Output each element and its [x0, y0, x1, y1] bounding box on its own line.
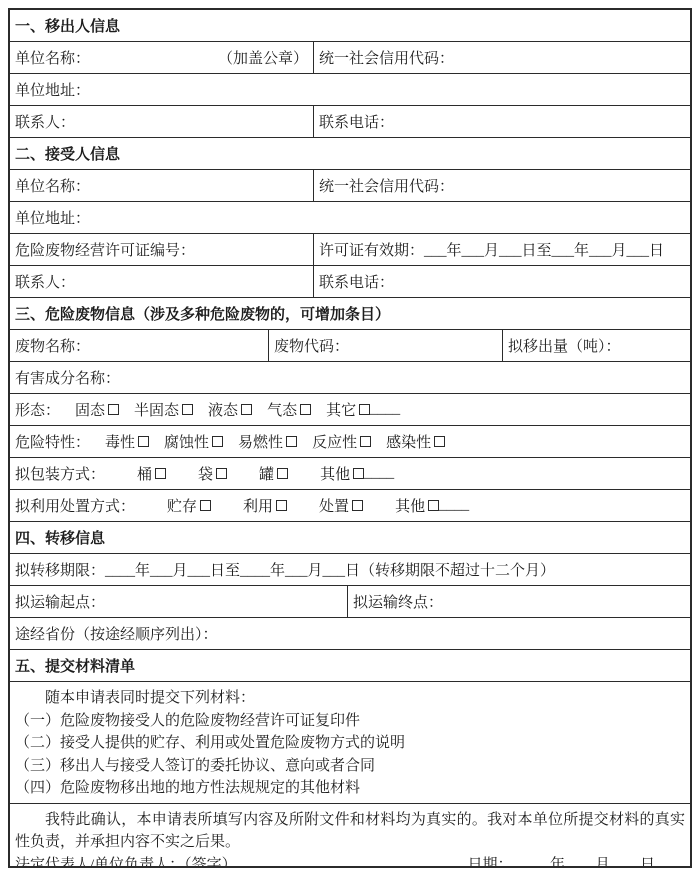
checkbox-icon[interactable]: [277, 468, 288, 479]
license-validity-cell: 许可证有效期：___年___月___日至___年___月___日: [313, 234, 690, 265]
transport-origin-label: 拟运输起点：: [15, 591, 105, 612]
transport-destination-cell: 拟运输终点：: [347, 586, 690, 617]
receiver-unit-name-row: 单位名称： 统一社会信用代码：: [10, 170, 690, 202]
transport-destination-label: 拟运输终点：: [353, 591, 443, 612]
harmful-components-cell: 有害成分名称：: [10, 362, 690, 393]
materials-item-2: （二）接受人提供的贮存、利用或处置危险废物方式的说明: [15, 732, 685, 755]
checkbox-icon[interactable]: [200, 500, 211, 511]
seal-note: （加盖公章）: [218, 47, 308, 68]
receiver-address-row: 单位地址：: [10, 202, 690, 234]
transport-route-row: 拟运输起点： 拟运输终点：: [10, 586, 690, 618]
hazardous-waste-transfer-application-form: 一、移出人信息 单位名称： （加盖公章） 统一社会信用代码： 单位地址： 联系人…: [8, 8, 692, 868]
hazard-traits-row: 危险特性： 毒性 腐蚀性 易燃性 反应性 感染性: [10, 426, 690, 458]
other-packaging-blank: ____: [364, 465, 394, 482]
checkbox-icon[interactable]: [182, 404, 193, 415]
credit-code-label: 统一社会信用代码：: [319, 175, 454, 196]
option-other-packaging: 其他: [320, 463, 364, 484]
materials-intro: 随本申请表同时提交下列材料：: [15, 687, 685, 710]
other-disposal-blank: ____: [439, 497, 469, 514]
phone-label: 联系电话：: [319, 271, 394, 292]
section2-title: 二、接受人信息: [10, 138, 690, 169]
materials-item-4: （四）危险废物移出地的地方性法规规定的其他材料: [15, 777, 685, 800]
transferor-contact-cell: 联系人：: [10, 106, 313, 137]
declaration-text: 我特此确认，本申请表所填写内容及所附文件和材料均为真实的。我对本单位所提交材料的…: [15, 809, 685, 854]
checkbox-icon[interactable]: [352, 500, 363, 511]
transferor-address-cell: 单位地址：: [10, 74, 690, 105]
checkbox-icon[interactable]: [359, 404, 370, 415]
option-corrosive: 腐蚀性: [164, 431, 223, 452]
option-barrel: 桶: [137, 463, 166, 484]
transit-provinces-cell: 途经省份（按途经顺序列出）：: [10, 618, 690, 649]
option-dispose: 处置: [319, 495, 363, 516]
transit-provinces-row: 途经省份（按途经顺序列出）：: [10, 618, 690, 650]
transport-origin-cell: 拟运输起点：: [10, 586, 347, 617]
document-page: 一、移出人信息 单位名称： （加盖公章） 统一社会信用代码： 单位地址： 联系人…: [0, 0, 700, 876]
receiver-unit-name-cell: 单位名称：: [10, 170, 313, 201]
hazard-traits-label: 危险特性：: [15, 431, 90, 452]
option-semisolid: 半固态: [134, 399, 193, 420]
section3-title: 三、危险废物信息（涉及多种危险废物的，可增加条目）: [10, 298, 690, 329]
checkbox-icon[interactable]: [138, 436, 149, 447]
license-number-label: 危险废物经营许可证编号：: [15, 239, 195, 260]
physical-form-cell: 形态： 固态 半固态 液态 气态 其它 ____: [10, 394, 690, 425]
checkbox-icon[interactable]: [353, 468, 364, 479]
option-other-form: 其它: [326, 399, 370, 420]
waste-identity-row: 废物名称： 废物代码： 拟移出量（吨）：: [10, 330, 690, 362]
materials-item-1: （一）危险废物接受人的危险废物经营许可证复印件: [15, 710, 685, 733]
transferor-address-row: 单位地址：: [10, 74, 690, 106]
option-gas: 气态: [267, 399, 311, 420]
checkbox-icon[interactable]: [216, 468, 227, 479]
packaging-cell: 拟包装方式： 桶 袋 罐 其他 ____: [10, 458, 690, 489]
disposal-method-cell: 拟利用处置方式： 贮存 利用 处置 其他 ____: [10, 490, 690, 521]
packaging-row: 拟包装方式： 桶 袋 罐 其他 ____: [10, 458, 690, 490]
section1-header-row: 一、移出人信息: [10, 10, 690, 42]
section4-header-row: 四、转移信息: [10, 522, 690, 554]
materials-list-block: 随本申请表同时提交下列材料： （一）危险废物接受人的危险废物经营许可证复印件 （…: [10, 682, 690, 804]
signer-label: 法定代表人/单位负责人：（签字）: [15, 854, 237, 869]
unit-name-label: 单位名称：: [15, 47, 90, 68]
section2-header-row: 二、接受人信息: [10, 138, 690, 170]
waste-code-label: 废物代码：: [274, 335, 349, 356]
waste-code-cell: 废物代码：: [268, 330, 502, 361]
packaging-label: 拟包装方式：: [15, 463, 105, 484]
section5-title: 五、提交材料清单: [10, 650, 690, 681]
option-infectious: 感染性: [386, 431, 445, 452]
option-toxic: 毒性: [105, 431, 149, 452]
checkbox-icon[interactable]: [300, 404, 311, 415]
option-storage: 贮存: [167, 495, 211, 516]
option-tank: 罐: [259, 463, 288, 484]
transferor-phone-cell: 联系电话：: [313, 106, 690, 137]
receiver-contact-cell: 联系人：: [10, 266, 313, 297]
transit-provinces-label: 途经省份（按途经顺序列出）：: [15, 623, 218, 644]
option-utilize: 利用: [243, 495, 287, 516]
phone-label: 联系电话：: [319, 111, 394, 132]
hazard-traits-cell: 危险特性： 毒性 腐蚀性 易燃性 反应性 感染性: [10, 426, 690, 457]
disposal-method-label: 拟利用处置方式：: [15, 495, 135, 516]
option-flammable: 易燃性: [238, 431, 297, 452]
physical-form-row: 形态： 固态 半固态 液态 气态 其它 ____: [10, 394, 690, 426]
date-label: 日期：_____年____月____日: [467, 854, 685, 869]
section1-title: 一、移出人信息: [10, 10, 690, 41]
checkbox-icon[interactable]: [212, 436, 223, 447]
option-other-disposal: 其他: [395, 495, 439, 516]
contact-label: 联系人：: [15, 271, 75, 292]
signature-line: 法定代表人/单位负责人：（签字） 日期：_____年____月____日: [15, 854, 685, 869]
license-number-cell: 危险废物经营许可证编号：: [10, 234, 313, 265]
checkbox-icon[interactable]: [108, 404, 119, 415]
physical-form-label: 形态：: [15, 399, 60, 420]
disposal-method-row: 拟利用处置方式： 贮存 利用 处置 其他 ____: [10, 490, 690, 522]
transfer-period-cell: 拟转移期限：____年___月___日至____年___月___日（转移期限不超…: [10, 554, 690, 585]
section3-header-row: 三、危险废物信息（涉及多种危险废物的，可增加条目）: [10, 298, 690, 330]
checkbox-icon[interactable]: [286, 436, 297, 447]
receiver-license-row: 危险废物经营许可证编号： 许可证有效期：___年___月___日至___年___…: [10, 234, 690, 266]
checkbox-icon[interactable]: [241, 404, 252, 415]
transfer-period-row: 拟转移期限：____年___月___日至____年___月___日（转移期限不超…: [10, 554, 690, 586]
harmful-components-row: 有害成分名称：: [10, 362, 690, 394]
receiver-address-cell: 单位地址：: [10, 202, 690, 233]
declaration-block: 我特此确认，本申请表所填写内容及所附文件和材料均为真实的。我对本单位所提交材料的…: [10, 804, 690, 869]
transferor-credit-code-cell: 统一社会信用代码：: [313, 42, 690, 73]
checkbox-icon[interactable]: [434, 436, 445, 447]
receiver-credit-code-cell: 统一社会信用代码：: [313, 170, 690, 201]
transferor-contact-row: 联系人： 联系电话：: [10, 106, 690, 138]
credit-code-label: 统一社会信用代码：: [319, 47, 454, 68]
waste-amount-label: 拟移出量（吨）：: [508, 335, 621, 356]
waste-name-cell: 废物名称：: [10, 330, 268, 361]
harmful-components-label: 有害成分名称：: [15, 367, 120, 388]
option-reactive: 反应性: [312, 431, 371, 452]
waste-name-label: 废物名称：: [15, 335, 90, 356]
license-validity-label: 许可证有效期：___年___月___日至___年___月___日: [319, 239, 664, 260]
unit-address-label: 单位地址：: [15, 207, 90, 228]
option-bag: 袋: [198, 463, 227, 484]
transfer-period-label: 拟转移期限：____年___月___日至____年___月___日（转移期限不超…: [15, 559, 555, 580]
checkbox-icon[interactable]: [276, 500, 287, 511]
receiver-contact-row: 联系人： 联系电话：: [10, 266, 690, 298]
other-form-blank: ____: [370, 401, 400, 418]
transferor-unit-name-cell: 单位名称： （加盖公章）: [10, 42, 313, 73]
checkbox-icon[interactable]: [155, 468, 166, 479]
option-liquid: 液态: [208, 399, 252, 420]
materials-item-3: （三）移出人与接受人签订的委托协议、意向或者合同: [15, 755, 685, 778]
unit-name-label: 单位名称：: [15, 175, 90, 196]
receiver-phone-cell: 联系电话：: [313, 266, 690, 297]
checkbox-icon[interactable]: [428, 500, 439, 511]
contact-label: 联系人：: [15, 111, 75, 132]
section4-title: 四、转移信息: [10, 522, 690, 553]
section5-header-row: 五、提交材料清单: [10, 650, 690, 682]
checkbox-icon[interactable]: [360, 436, 371, 447]
waste-amount-cell: 拟移出量（吨）：: [502, 330, 690, 361]
option-solid: 固态: [75, 399, 119, 420]
unit-address-label: 单位地址：: [15, 79, 90, 100]
transferor-unit-name-row: 单位名称： （加盖公章） 统一社会信用代码：: [10, 42, 690, 74]
